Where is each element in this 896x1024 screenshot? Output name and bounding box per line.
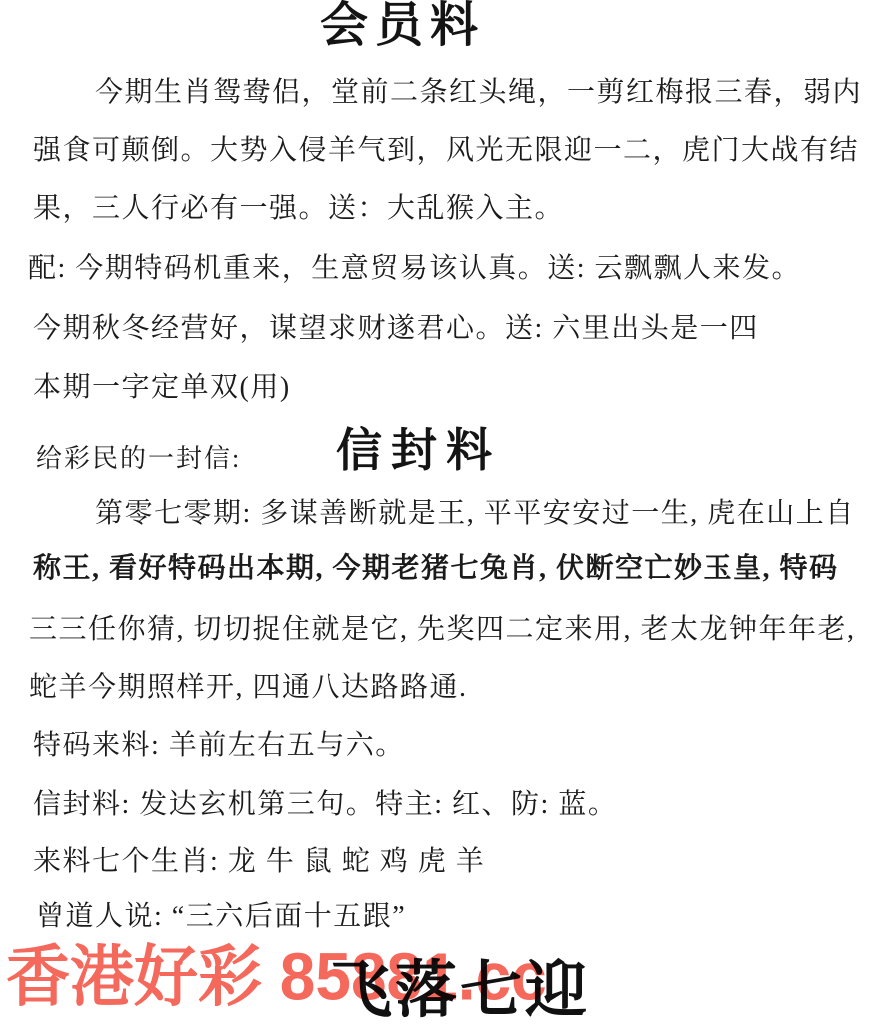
envelope-intro-label: 给彩民的一封信:	[36, 442, 241, 476]
member-paragraph-line-3: 果，三人行必有一强。送：大乱猴入主。	[33, 192, 564, 226]
member-paragraph-line-2: 强食可颠倒。大势入侵羊气到，风光无限迎一二，虎门大战有结	[33, 134, 859, 168]
member-section-title: 会员料	[320, 0, 485, 52]
scanned-document-page: 会员料 今期生肖鸳鸯侣，堂前二条红头绳，一剪红梅报三春，弱内 强食可颠倒。大势入…	[0, 0, 896, 1024]
member-paragraph-line-1: 今期生肖鸳鸯侣，堂前二条红头绳，一剪红梅报三春，弱内	[95, 76, 862, 110]
site-watermark: 香港好彩 85881.cc	[6, 940, 547, 1013]
envelope-info-line-quote: 曾道人说: “三六后面十五跟”	[36, 900, 406, 934]
member-extra-line-1: 配: 今期特码机重来，生意贸易该认真。送: 云飘飘人来发。	[28, 252, 801, 286]
envelope-section-title: 信封料	[336, 426, 501, 476]
envelope-paragraph-line-4: 蛇羊今期照样开, 四通八达路路通.	[29, 671, 468, 705]
envelope-paragraph-line-2: 称王, 看好特码出本期, 今期老猪七兔肖, 伏断空亡妙玉皇, 特码	[33, 552, 839, 586]
envelope-info-line-special-code: 特码来料: 羊前左右五与六。	[33, 729, 405, 763]
envelope-info-line-zodiacs: 来料七个生肖: 龙 牛 鼠 蛇 鸡 虎 羊	[33, 845, 485, 879]
envelope-info-line-colors: 信封料: 发达玄机第三句。特主: 红、防: 蓝。	[33, 788, 617, 822]
member-extra-line-3: 本期一字定单双(用)	[33, 371, 291, 405]
member-extra-line-2: 今期秋冬经营好，谋望求财遂君心。送: 六里出头是一四	[33, 312, 759, 346]
envelope-paragraph-line-3: 三三任你猜, 切切捉住就是它, 先奖四二定来用, 老太龙钟年年老,	[29, 613, 856, 647]
envelope-paragraph-line-1: 第零七零期: 多谋善断就是王, 平平安安过一生, 虎在山上自	[95, 497, 855, 531]
